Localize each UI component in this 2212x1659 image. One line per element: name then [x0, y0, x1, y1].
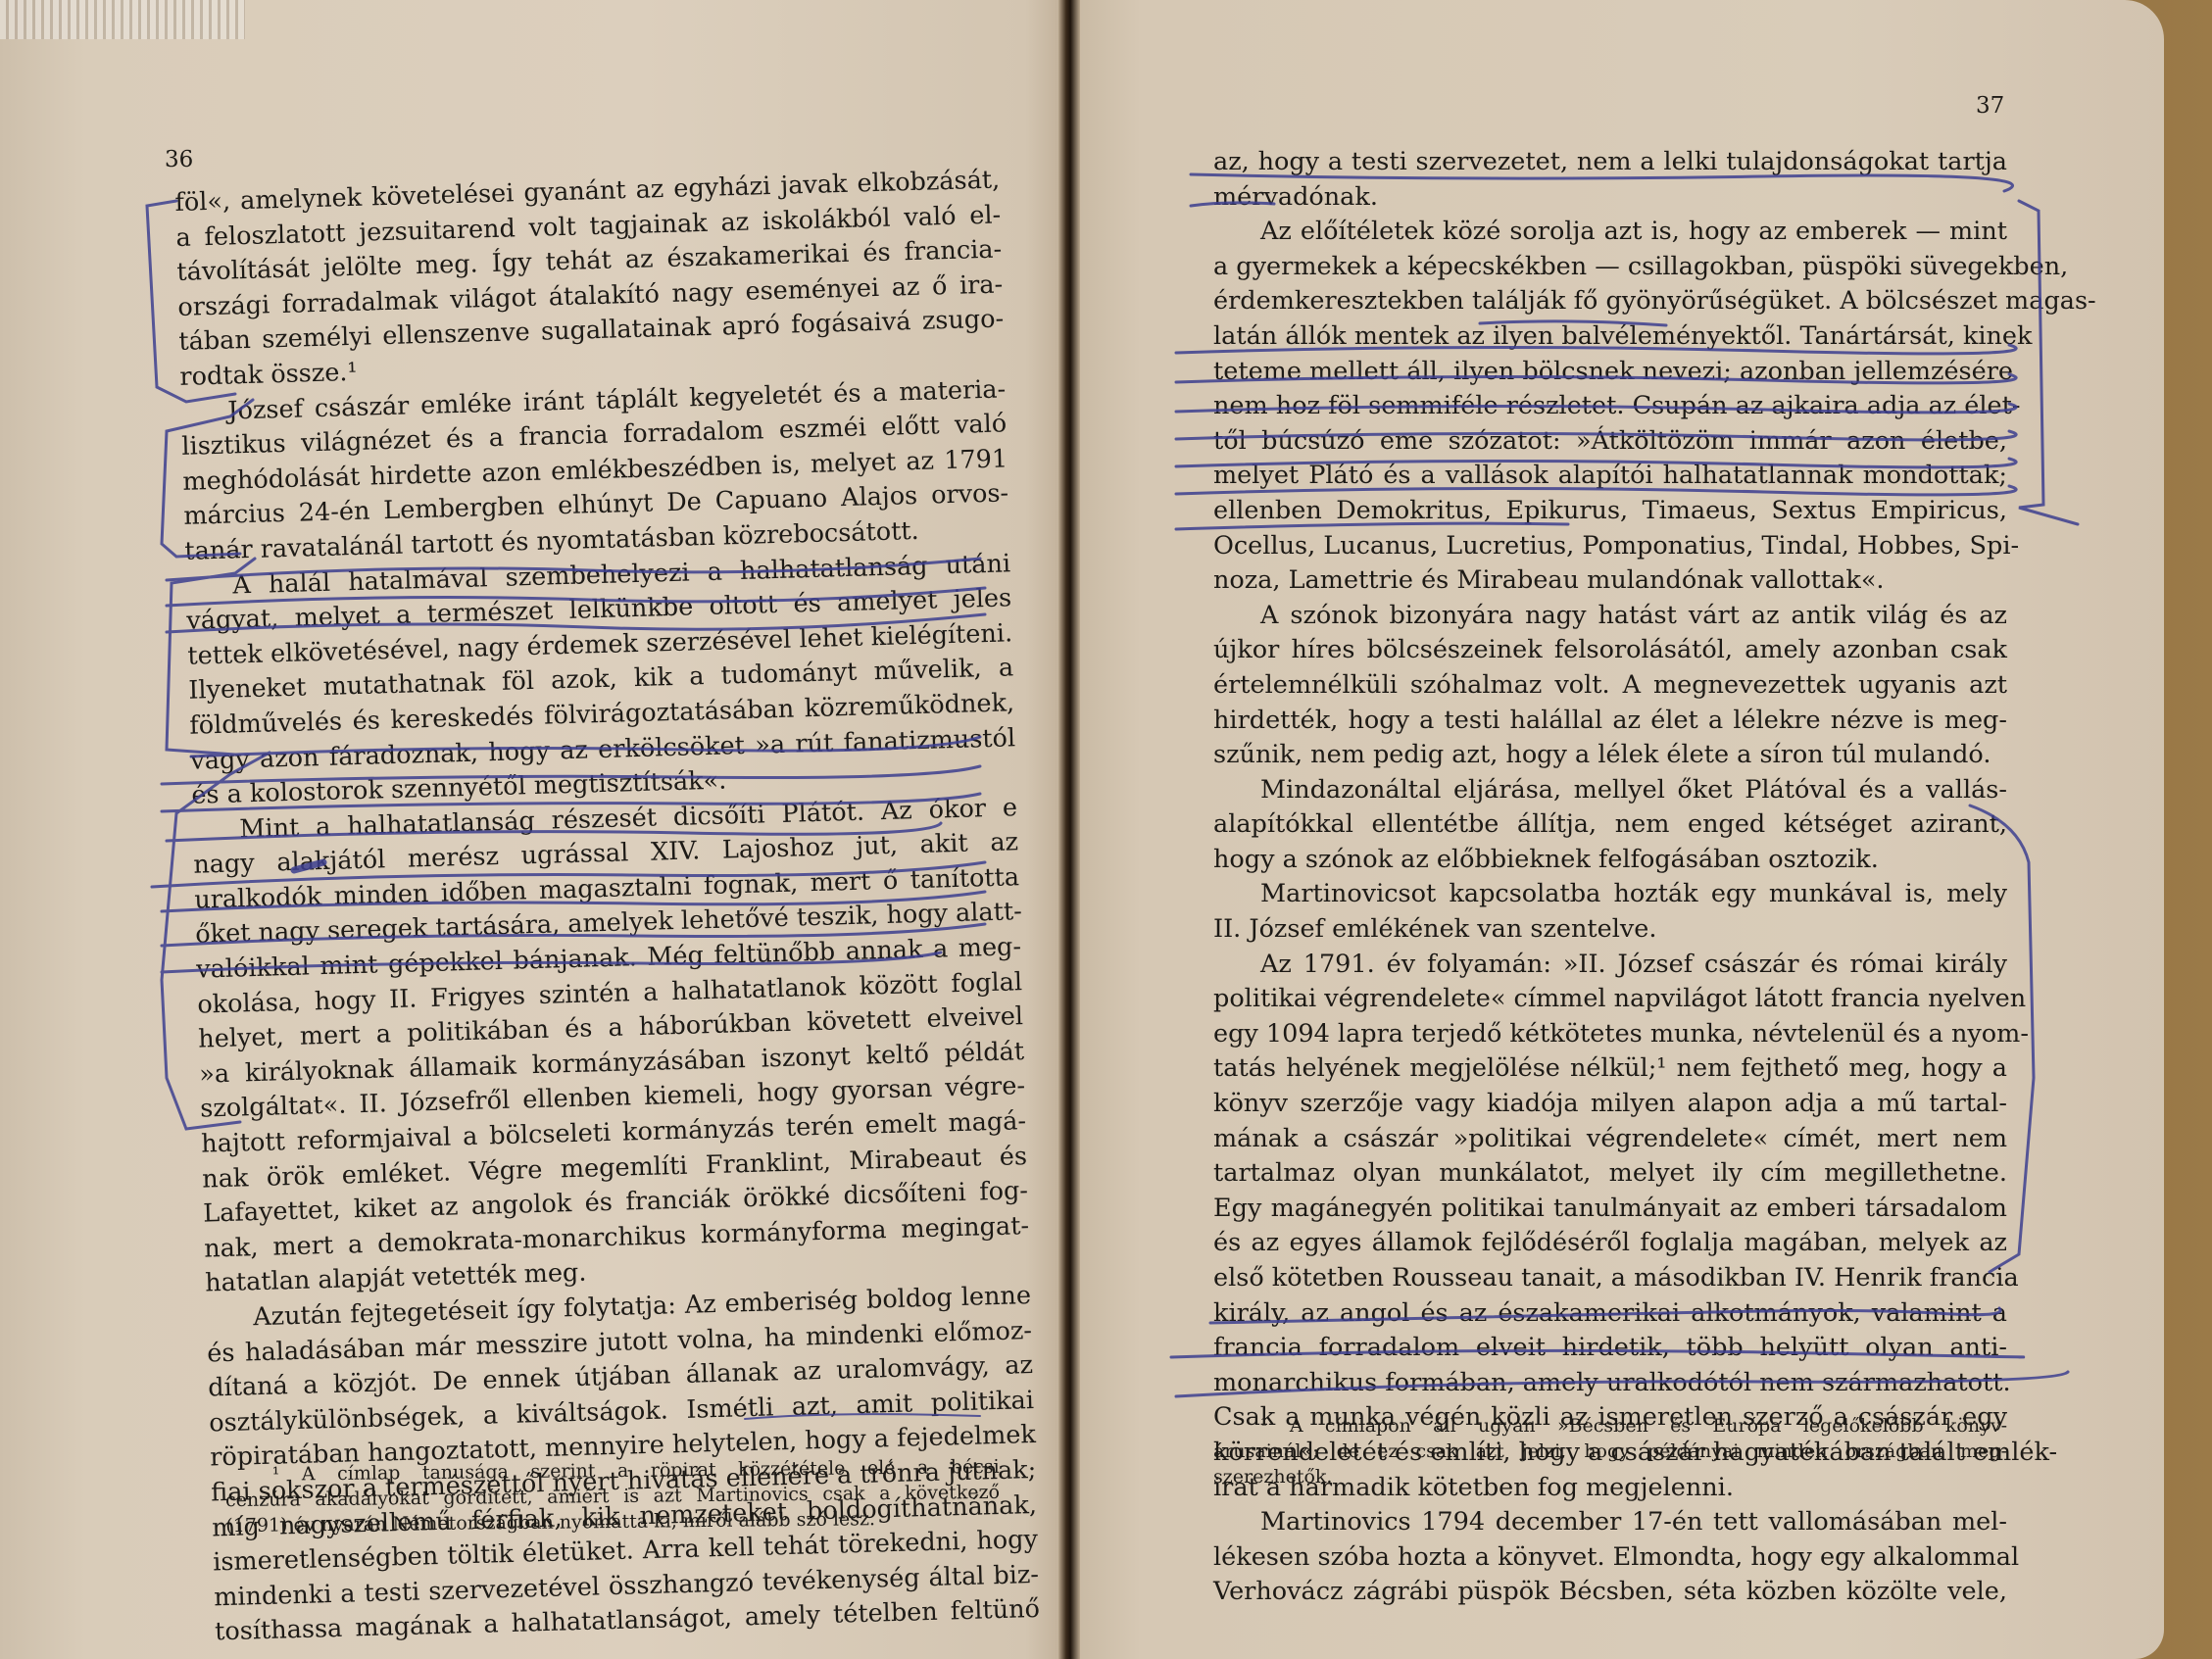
text-line: Egy magánegyén politikai tanulmányait az…	[1213, 1192, 2007, 1227]
text-line: első kötetben Rousseau tanait, a második…	[1213, 1261, 2007, 1296]
text-line: árusainál«; de ez csak azt jelzi, hogy p…	[1213, 1439, 2007, 1464]
text-line: ¹ A címlapon áll ugyan »Bécsben és Európ…	[1213, 1413, 2007, 1439]
text-line: egy 1094 lapra terjedő kétkötetes munka,…	[1213, 1017, 2007, 1052]
text-line: francia forradalom elveit hirdetik, több…	[1213, 1331, 2007, 1366]
text-line: teteme mellett áll, ilyen bölcsnek nevez…	[1213, 355, 2007, 390]
text-line: Ocellus, Lucanus, Lucretius, Pomponatius…	[1213, 529, 2007, 564]
text-line: noza, Lamettrie és Mirabeau mulandónak v…	[1213, 563, 2007, 599]
text-line: monarchikus formában, amely uralkodótól …	[1213, 1366, 2007, 1401]
body-text: föl«, amelynek követelései gyanánt az eg…	[174, 163, 1040, 1650]
text-line: ellenben Demokritus, Epikurus, Timaeus, …	[1213, 494, 2007, 529]
text-line: király, az angol és az északamerikai alk…	[1213, 1296, 2007, 1332]
text-line: könyv szerzője vagy kiadója milyen alapo…	[1213, 1087, 2007, 1122]
frayed-page-edge	[0, 0, 245, 39]
left-page: 36 föl«, amelynek követelései gyanánt az…	[0, 0, 1068, 1659]
right-page: 37 az, hogy a testi szervezetet, nem a l…	[1076, 0, 2164, 1659]
text-line: Martinovicsot kapcsolatba hozták egy mun…	[1213, 877, 2007, 912]
text-line: hirdették, hogy a testi halállal az élet…	[1213, 704, 2007, 739]
text-line: II. József emlékének van szentelve.	[1213, 912, 2007, 948]
text-line: mérvadónak.	[1213, 180, 2007, 216]
text-line: szűnik, nem pedig azt, hogy a lélek élet…	[1213, 738, 2007, 773]
text-line: A szónok bizonyára nagy hatást várt az a…	[1213, 599, 2007, 634]
text-line: az, hogy a testi szervezetet, nem a lelk…	[1213, 145, 2007, 180]
page-number: 36	[165, 147, 193, 172]
page-number: 37	[1976, 93, 2004, 119]
text-line: a gyermekek a képecskékben — csillagokba…	[1213, 250, 2007, 285]
text-line: mának a császár »politikai végrendelete«…	[1213, 1122, 2007, 1157]
text-line: latán állók mentek az ilyen balvéleménye…	[1213, 319, 2007, 355]
book-spine-gutter	[1058, 0, 1080, 1659]
text-line: Az előítéletek közé sorolja azt is, hogy…	[1213, 215, 2007, 250]
text-line: újkor híres bölcsészeinek felsorolásától…	[1213, 633, 2007, 668]
text-line: szerezhetők.	[1213, 1464, 2007, 1489]
text-line: értelemnélküli szóhalmaz volt. A megneve…	[1213, 668, 2007, 704]
text-line: től búcsúzó eme szózatot: »Átköltözöm im…	[1213, 424, 2007, 460]
text-line: tartalmaz olyan munkálatot, melyet ily c…	[1213, 1156, 2007, 1192]
text-line: és az egyes államok fejlődéséről foglalj…	[1213, 1226, 2007, 1261]
text-line: tatás helyének megjelölése nélkül;¹ nem …	[1213, 1051, 2007, 1087]
text-line: Verhovácz zágrábi püspök Bécsben, séta k…	[1213, 1575, 2007, 1610]
text-line: hogy a szónok az előbbieknek felfogásába…	[1213, 843, 2007, 878]
text-line: politikai végrendelete« címmel napvilágo…	[1213, 982, 2007, 1017]
footnote: ¹ A címlap tanusága szerint a röpirat kö…	[225, 1454, 1001, 1538]
text-line: nem hoz föl semmiféle részletet. Csupán …	[1213, 389, 2007, 424]
text-line: alapítókkal ellentétbe állítja, nem enge…	[1213, 807, 2007, 843]
text-line: Az 1791. év folyamán: »II. József császá…	[1213, 948, 2007, 983]
text-line: érdemkeresztekben találják fő gyönyörűsé…	[1213, 284, 2007, 319]
body-text: az, hogy a testi szervezetet, nem a lelk…	[1213, 145, 2007, 1610]
text-line: lékesen szóba hozta a könyvet. Elmondta,…	[1213, 1540, 2007, 1576]
text-line: Mindazonáltal eljárása, mellyel őket Plá…	[1213, 773, 2007, 808]
text-line: melyet Plátó és a vallások alapítói halh…	[1213, 459, 2007, 494]
text-line: Martinovics 1794 december 17-én tett val…	[1213, 1505, 2007, 1540]
footnote: ¹ A címlapon áll ugyan »Bécsben és Európ…	[1213, 1413, 2007, 1489]
